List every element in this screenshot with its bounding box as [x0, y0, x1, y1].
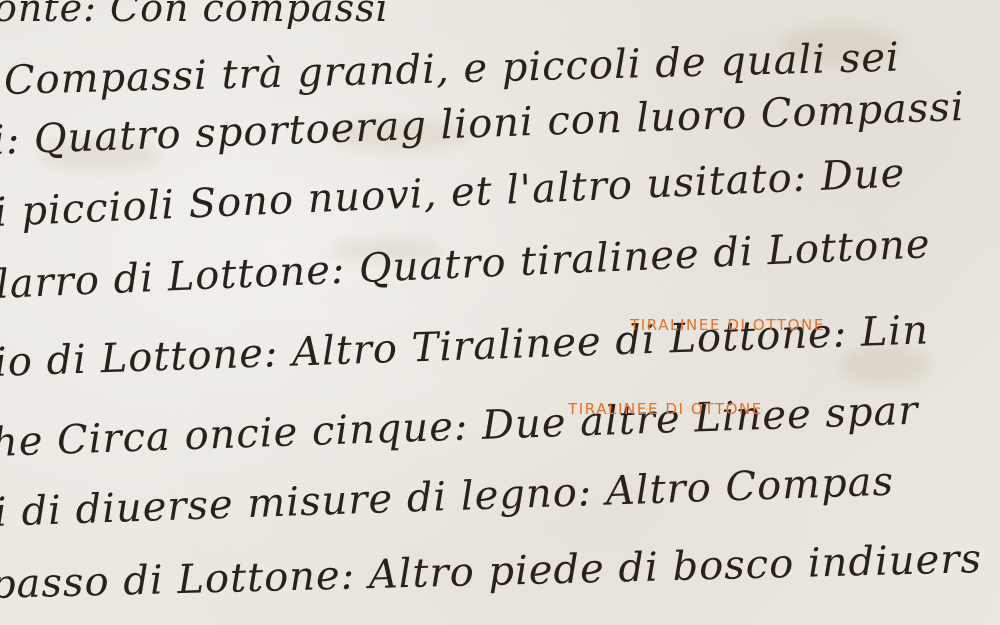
manuscript-page: onte: Con compassi Compassi trà grandi, …	[0, 0, 1000, 625]
manuscript-line: he Circa oncie cinque: Due altre Linee s…	[0, 388, 919, 466]
manuscript-line: i di diuerse misure di legno: Altro Comp…	[0, 459, 895, 536]
manuscript-line: onte: Con compassi	[0, 0, 389, 30]
manuscript-line: passo di Lottone: Altro piede di bosco i…	[0, 536, 982, 608]
annotation-label: TIRALINEE DI OTTONE	[568, 400, 763, 418]
annotation-label: TIRALINEE DI OTTONE	[630, 316, 825, 334]
manuscript-line: larro di Lottone: Quatro tiralinee di Lo…	[0, 221, 931, 308]
